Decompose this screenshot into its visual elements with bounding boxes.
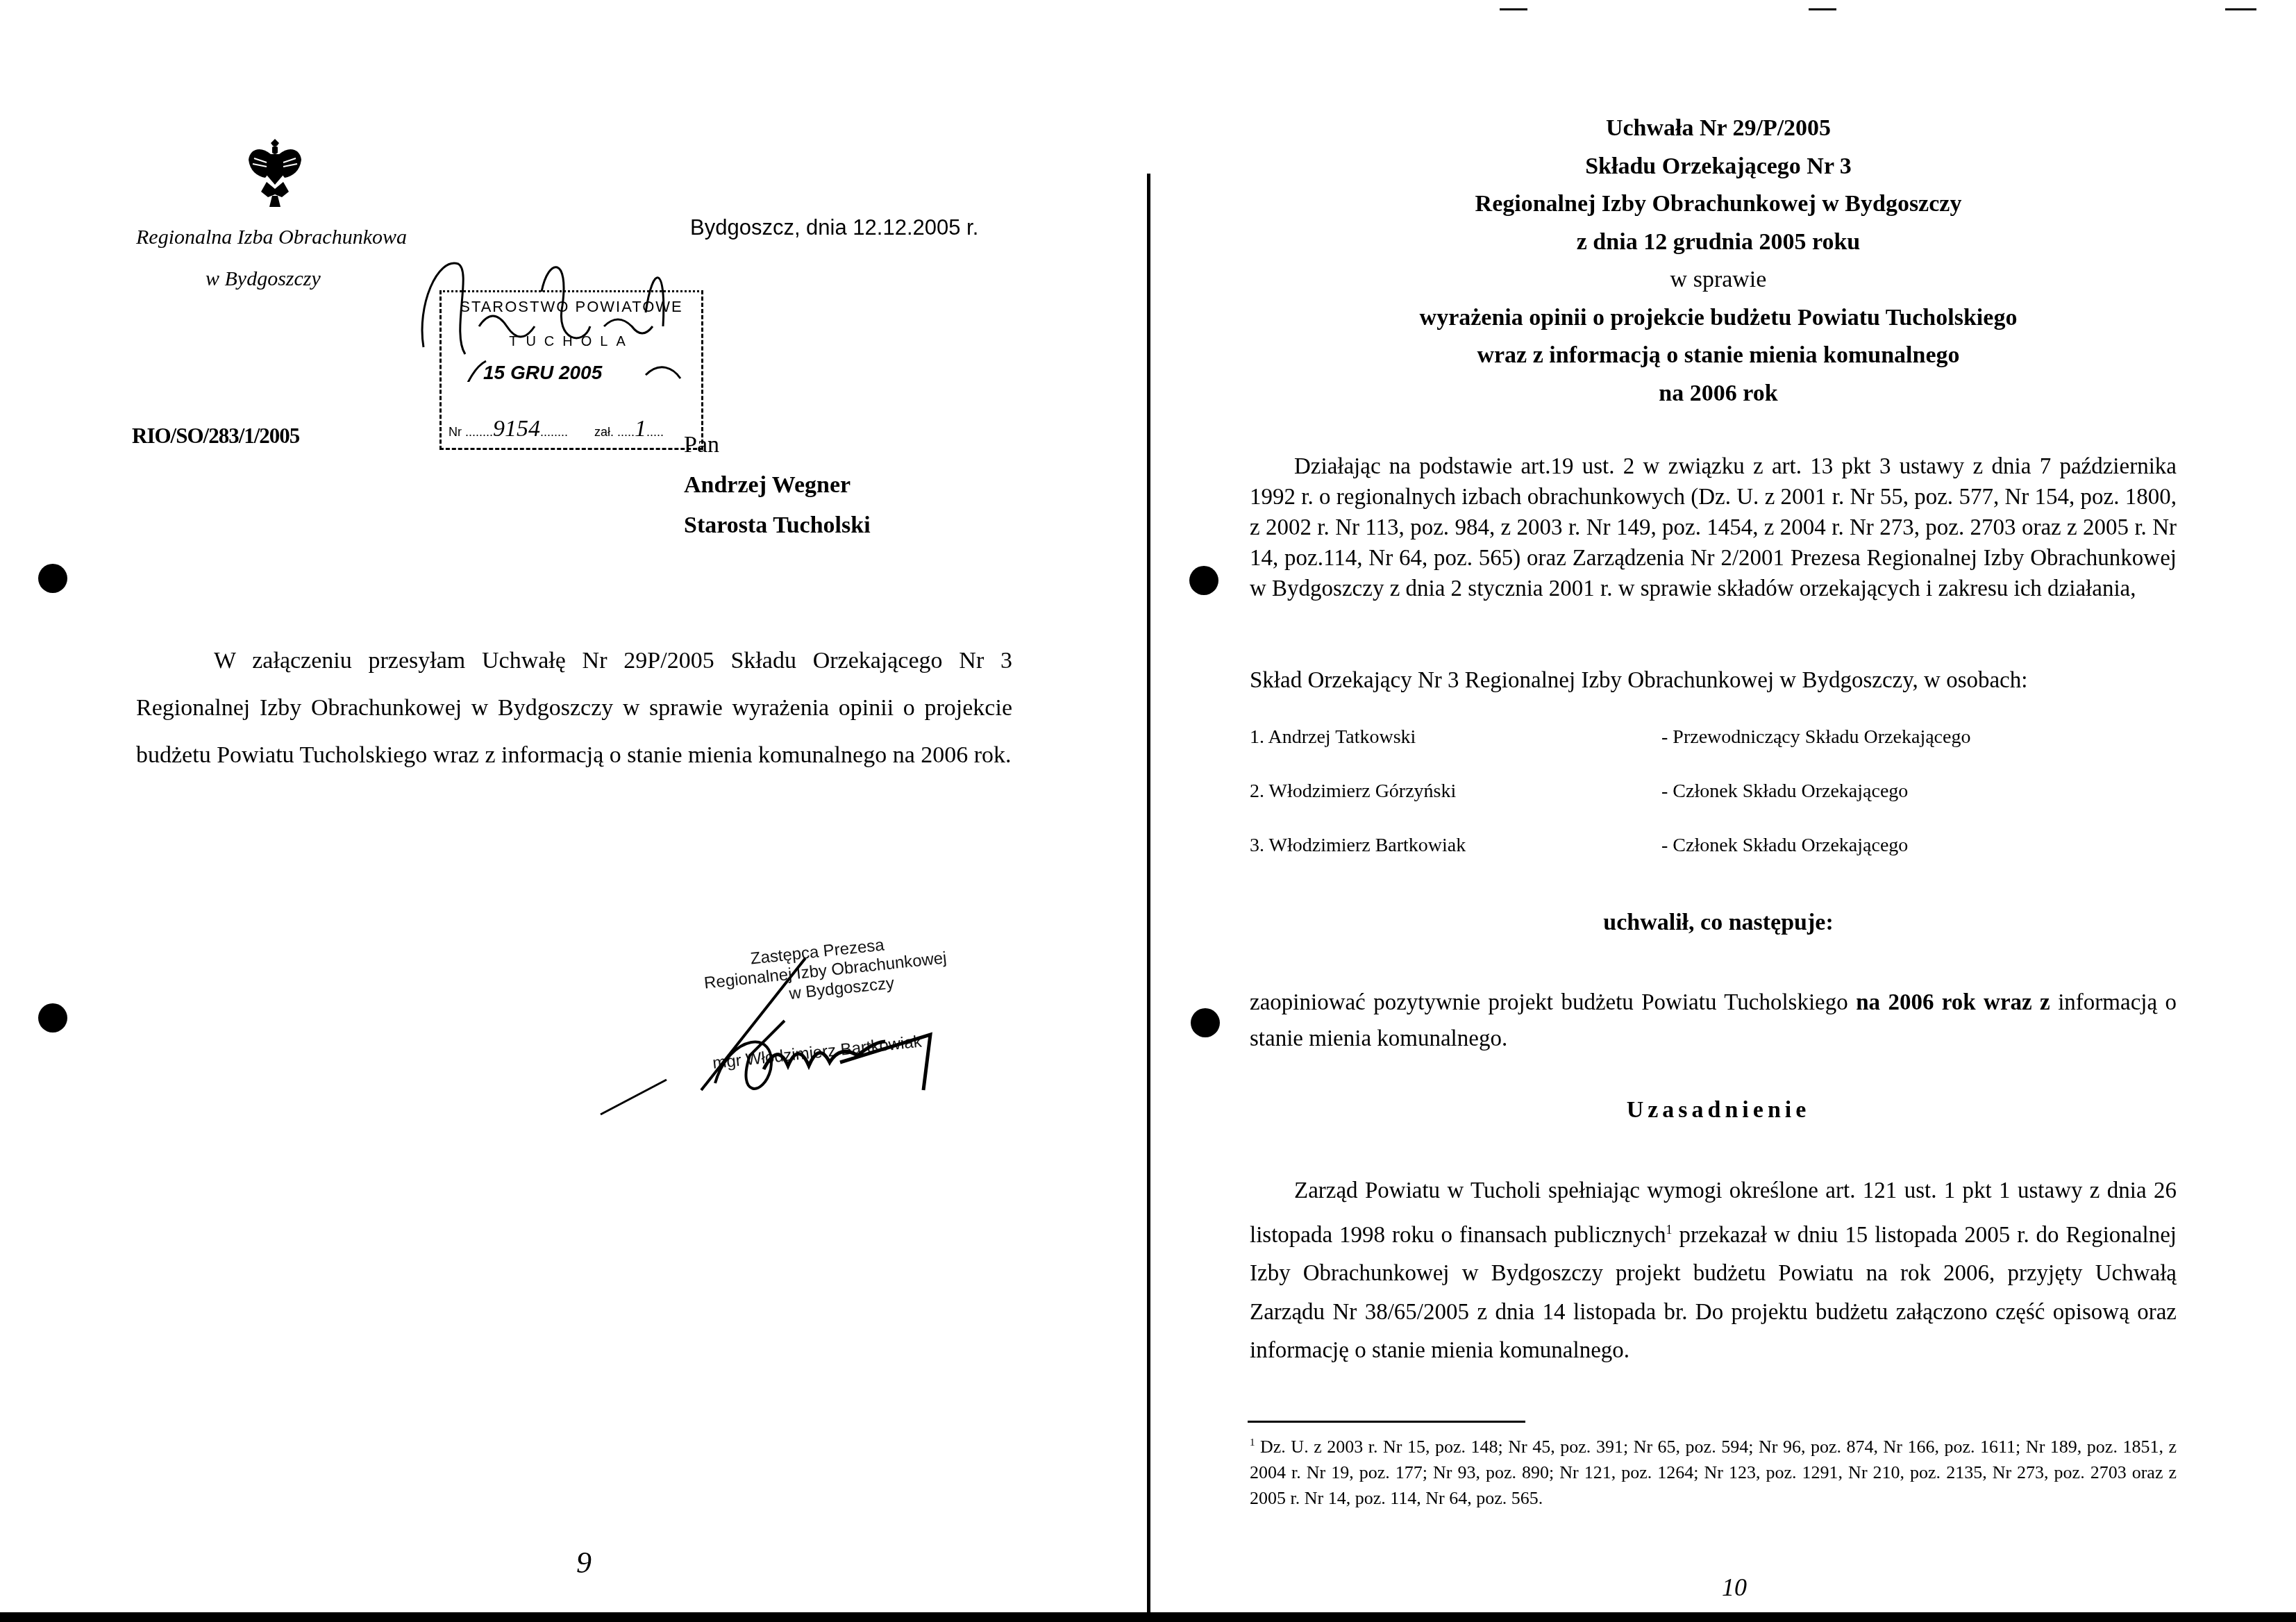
recipient-salutation: Pan [684, 425, 871, 465]
stamp-attachments: zał. .....1..... [594, 416, 664, 442]
recipient-name: Andrzej Wegner [684, 465, 871, 505]
justification-heading: Uzasadnienie [1243, 1097, 2194, 1123]
scan-artifact [1809, 8, 1836, 10]
member-role: - Członek Składu Orzekającego [1661, 835, 1908, 857]
member-name: 3. Włodzimierz Bartkowiak [1250, 835, 1466, 857]
footnote-separator [1248, 1421, 1525, 1423]
legal-basis-text: Działając na podstawie art.19 ust. 2 w z… [1250, 454, 2177, 601]
justification-paragraph: Zarząd Powiatu w Tucholi spełniając wymo… [1250, 1172, 2177, 1371]
resolution-subject-intro: w sprawie [1243, 261, 2194, 299]
resolution-date: z dnia 12 grudnia 2005 roku [1243, 224, 2194, 262]
footnote: 1 Dz. U. z 2003 r. Nr 15, poz. 148; Nr 4… [1250, 1430, 2177, 1511]
handwritten-annotation-icon [417, 250, 708, 382]
member-name: 2. Włodzimierz Górzyński [1250, 780, 1456, 803]
resolution-text-1: zaopiniować pozytywnie projekt budżetu P… [1250, 990, 1856, 1015]
reference-number: RIO/SO/283/1/2005 [132, 424, 299, 449]
legal-basis-paragraph: Działając na podstawie art.19 ust. 2 w z… [1250, 451, 2177, 604]
page-number-left: 9 [576, 1545, 592, 1580]
recipient-block: Pan Andrzej Wegner Starosta Tucholski [684, 425, 871, 546]
cover-letter-text: W załączeniu przesyłam Uchwałę Nr 29P/20… [136, 648, 1012, 768]
member-role: - Przewodniczący Składu Orzekającego [1661, 726, 1970, 749]
footnote-text: Dz. U. z 2003 r. Nr 15, poz. 148; Nr 45,… [1250, 1437, 2177, 1508]
resolved-heading: uchwalił, co następuje: [1243, 910, 2194, 936]
stamp-number: Nr ........9154........ [449, 416, 568, 442]
recipient-title: Starosta Tucholski [684, 505, 871, 546]
punch-hole [1191, 1008, 1220, 1037]
resolution-paragraph: zaopiniować pozytywnie projekt budżetu P… [1250, 985, 2177, 1057]
letter-date: Bydgoszcz, dnia 12.12.2005 r. [690, 215, 978, 240]
stamp-nr-value: 9154 [493, 416, 540, 442]
page-divider [1147, 174, 1150, 1612]
panel-intro: Skład Orzekający Nr 3 Regionalnej Izby O… [1250, 668, 2027, 694]
resolution-number: Uchwała Nr 29/P/2005 [1243, 110, 2194, 148]
resolution-subject-line2: wraz z informacją o stanie mienia komuna… [1243, 337, 2194, 375]
footnote-reference: 1 [1666, 1223, 1673, 1237]
punch-hole [38, 1003, 67, 1032]
punch-hole [38, 564, 67, 593]
stamp-nr-label: Nr [449, 425, 462, 439]
punch-hole [1189, 566, 1218, 595]
scan-edge [0, 1612, 2296, 1622]
footnote-marker: 1 [1250, 1437, 1255, 1448]
resolution-subject-line1: wyrażenia opinii o projekcie budżetu Pow… [1243, 299, 2194, 337]
signature-icon [597, 951, 986, 1118]
scan-artifact [1500, 8, 1527, 10]
resolution-title: Uchwała Nr 29/P/2005 Składu Orzekającego… [1243, 110, 2194, 412]
stamp-zal-value: 1 [635, 416, 646, 442]
institution-name: Regionalna Izba Obrachunkowa w Bydgoszcz… [136, 217, 407, 300]
page-number-right: 10 [1722, 1573, 1747, 1602]
resolution-subject-line3: na 2006 rok [1243, 375, 2194, 413]
resolution-panel: Składu Orzekającego Nr 3 [1243, 148, 2194, 186]
cover-letter-body: W załączeniu przesyłam Uchwałę Nr 29P/20… [136, 637, 1012, 779]
member-role: - Członek Składu Orzekającego [1661, 780, 1908, 803]
member-name: 1. Andrzej Tatkowski [1250, 726, 1416, 749]
scan-artifact [2225, 8, 2256, 10]
resolution-chamber: Regionalnej Izby Obrachunkowej w Bydgosz… [1243, 185, 2194, 224]
eagle-emblem-icon [247, 136, 303, 210]
institution-line2: w Bydgoszczy [136, 258, 407, 300]
institution-line1: Regionalna Izba Obrachunkowa [136, 217, 407, 258]
stamp-zal-label: zał. [594, 425, 614, 439]
resolution-text-bold: na 2006 rok wraz z [1856, 990, 2050, 1015]
